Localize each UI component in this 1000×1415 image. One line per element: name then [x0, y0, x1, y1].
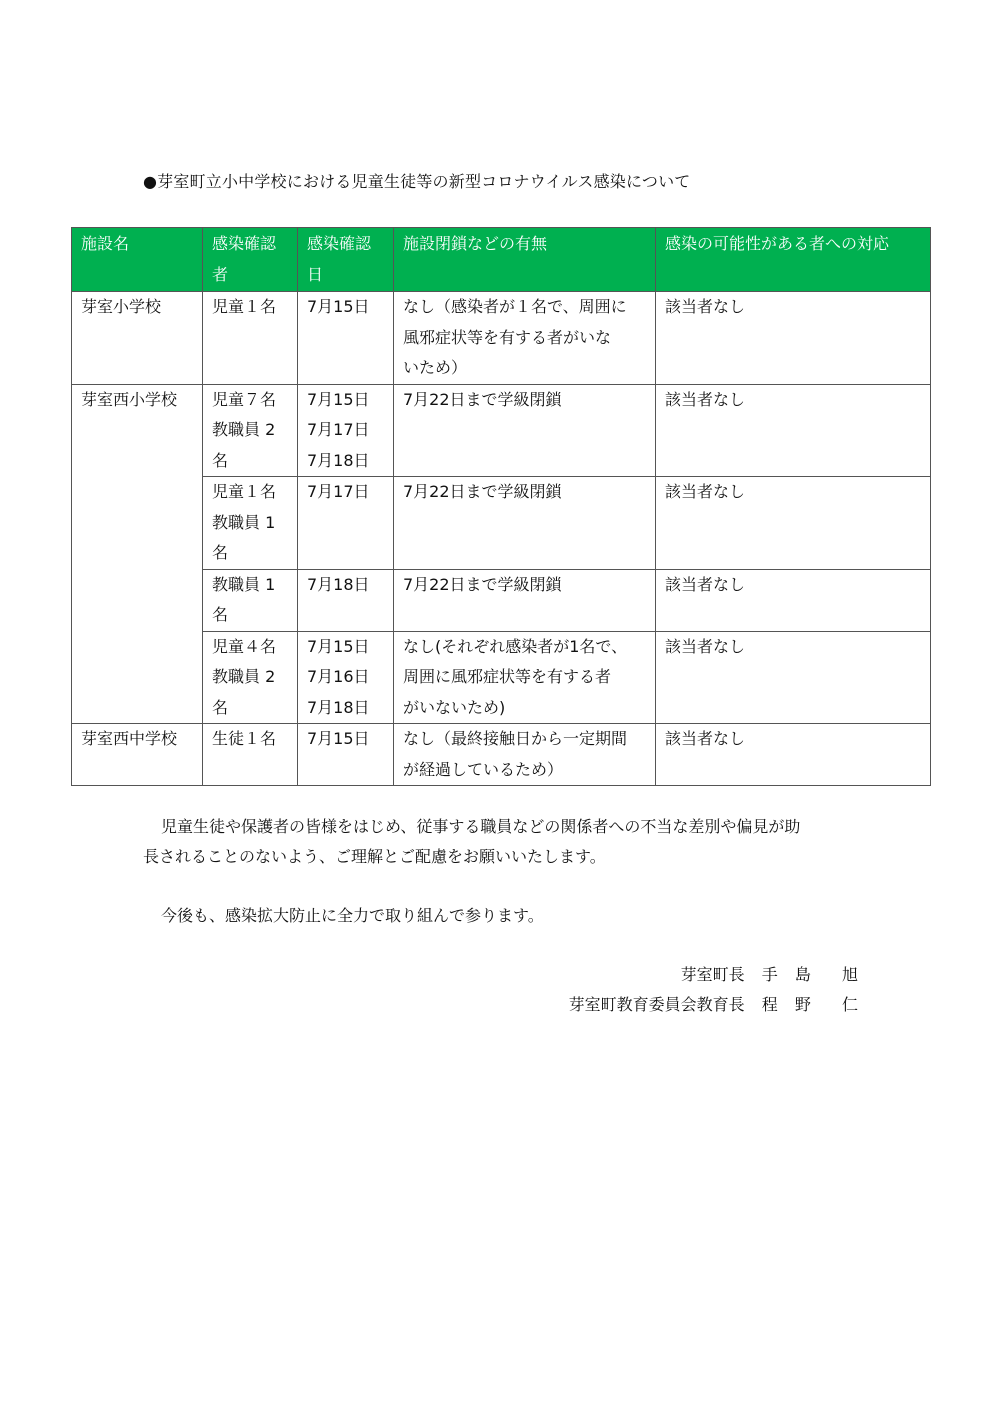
signature-name-part: 程 — [762, 990, 778, 1020]
cell-dates: 7月15日 7月16日 7月18日 — [298, 631, 394, 724]
cell-response: 該当者なし — [656, 724, 931, 786]
document-title: ●芽室町立小中学校における児童生徒等の新型コロナウイルス感染について — [143, 170, 690, 194]
table-row: 芽室小学校 児童１名 7月15日 なし（感染者が１名で、周囲に 風邪症状等を有す… — [72, 292, 931, 385]
cell-response: 該当者なし — [656, 292, 931, 385]
cell-persons: 児童１名 — [203, 292, 298, 385]
cell-facility: 芽室西小学校 — [72, 384, 203, 724]
signature-title: 芽室町長 — [681, 960, 745, 990]
cell-response: 該当者なし — [656, 631, 931, 724]
cell-persons: 児童１名 教職員 1 名 — [203, 477, 298, 570]
cell-closure: 7月22日まで学級閉鎖 — [394, 384, 656, 477]
cell-response: 該当者なし — [656, 384, 931, 477]
signature-title: 芽室町教育委員会教育長 — [569, 990, 745, 1020]
cell-dates: 7月15日 — [298, 292, 394, 385]
paragraph-2: 今後も、感染拡大防止に全力で取り組んで参ります。 — [161, 901, 544, 931]
signature-name-part: 野 — [795, 990, 811, 1020]
cell-dates: 7月17日 — [298, 477, 394, 570]
cell-dates: 7月15日 — [298, 724, 394, 786]
cell-closure: 7月22日まで学級閉鎖 — [394, 477, 656, 570]
infection-table: 施設名 感染確認 者 感染確認 日 施設閉鎖などの有無 感染の可能性がある者への… — [71, 227, 931, 786]
cell-persons: 教職員 1 名 — [203, 569, 298, 631]
cell-response: 該当者なし — [656, 569, 931, 631]
cell-persons: 生徒１名 — [203, 724, 298, 786]
cell-closure: 7月22日まで学級閉鎖 — [394, 569, 656, 631]
signature-name-part: 仁 — [842, 990, 858, 1020]
table-header-row: 施設名 感染確認 者 感染確認 日 施設閉鎖などの有無 感染の可能性がある者への… — [72, 228, 931, 292]
signature-name-part: 手 — [762, 960, 778, 990]
cell-closure: なし(それぞれ感染者が1名で、 周囲に風邪症状等を有する者 がいないため) — [394, 631, 656, 724]
cell-facility: 芽室西中学校 — [72, 724, 203, 786]
signature-name-part: 島 — [795, 960, 811, 990]
cell-facility: 芽室小学校 — [72, 292, 203, 385]
header-confirmed-date: 感染確認 日 — [298, 228, 394, 292]
header-confirmed-persons: 感染確認 者 — [203, 228, 298, 292]
table-row: 芽室西小学校 児童７名 教職員 2 名 7月15日 7月17日 7月18日 7月… — [72, 384, 931, 477]
cell-persons: 児童７名 教職員 2 名 — [203, 384, 298, 477]
cell-closure: なし（感染者が１名で、周囲に 風邪症状等を有する者がいな いため） — [394, 292, 656, 385]
table-row: 芽室西中学校 生徒１名 7月15日 なし（最終接触日から一定期間 が経過している… — [72, 724, 931, 786]
signature-superintendent: 芽室町教育委員会教育長 程 野 仁 — [569, 990, 858, 1020]
signature-name-part: 旭 — [842, 960, 858, 990]
cell-dates: 7月15日 7月17日 7月18日 — [298, 384, 394, 477]
header-facility: 施設名 — [72, 228, 203, 292]
header-closure: 施設閉鎖などの有無 — [394, 228, 656, 292]
cell-response: 該当者なし — [656, 477, 931, 570]
paragraph-1-line-2: 長されることのないよう、ご理解とご配慮をお願いいたします。 — [143, 842, 606, 872]
cell-persons: 児童４名 教職員 2 名 — [203, 631, 298, 724]
signature-mayor: 芽室町長 手 島 旭 — [681, 960, 858, 990]
paragraph-1-line-1: 児童生徒や保護者の皆様をはじめ、従事する職員などの関係者への不当な差別や偏見が助 — [161, 812, 800, 842]
header-response: 感染の可能性がある者への対応 — [656, 228, 931, 292]
cell-closure: なし（最終接触日から一定期間 が経過しているため） — [394, 724, 656, 786]
cell-dates: 7月18日 — [298, 569, 394, 631]
